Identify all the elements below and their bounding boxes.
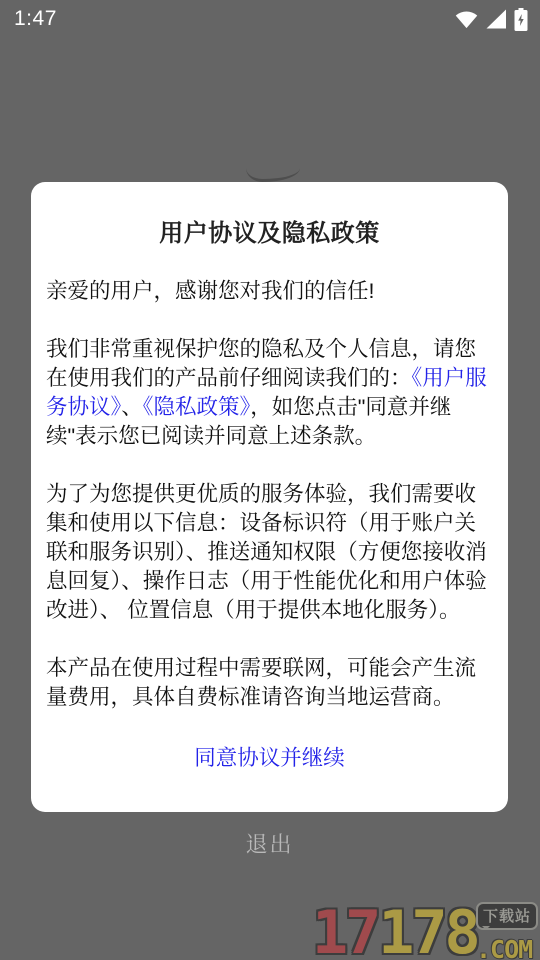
watermark-download-badge: 下载站 [476,902,538,930]
watermark-digits-gold: 178 [378,898,477,960]
agree-and-continue-button[interactable]: 同意协议并继续 [46,741,493,772]
policy-paragraph: 我们非常重视保护您的隐私及个人信息，请您在使用我们的产品前仔细阅读我们的：《用户… [46,335,493,451]
status-bar: 1:47 [0,0,540,38]
privacy-policy-link[interactable]: 《隐私政策》 [143,395,251,419]
policy-paragraph-separator: 、 [121,395,143,419]
data-collection-paragraph: 为了为您提供更优质的服务体验，我们需要收集和使用以下信息：设备标识符（用于账户关… [46,480,493,625]
network-usage-paragraph: 本产品在使用过程中需要联网，可能会产生流量费用，具体自费标准请咨询当地运营商。 [46,654,493,712]
battery-charging-icon [514,8,528,31]
exit-button[interactable]: 退出 [46,828,493,859]
background-arc-decoration [246,164,300,182]
clock-label: 1:47 [14,7,57,31]
watermark-17178: 17178 .COM 下载站 [308,898,540,960]
watermark-tld: .COM [476,935,532,960]
watermark-digits: 17178 [312,898,478,960]
status-icons [455,8,528,31]
dialog-title: 用户协议及隐私政策 [46,213,493,248]
dialog-body: 亲爱的用户，感谢您对我们的信任! 我们非常重视保护您的隐私及个人信息，请您在使用… [46,277,493,712]
greeting-paragraph: 亲爱的用户，感谢您对我们的信任! [46,277,493,306]
privacy-policy-dialog: 用户协议及隐私政策 亲爱的用户，感谢您对我们的信任! 我们非常重视保护您的隐私及… [31,182,508,812]
wifi-icon [455,9,478,29]
watermark-digits-red: 17 [312,898,378,960]
cellular-signal-icon [485,9,507,29]
